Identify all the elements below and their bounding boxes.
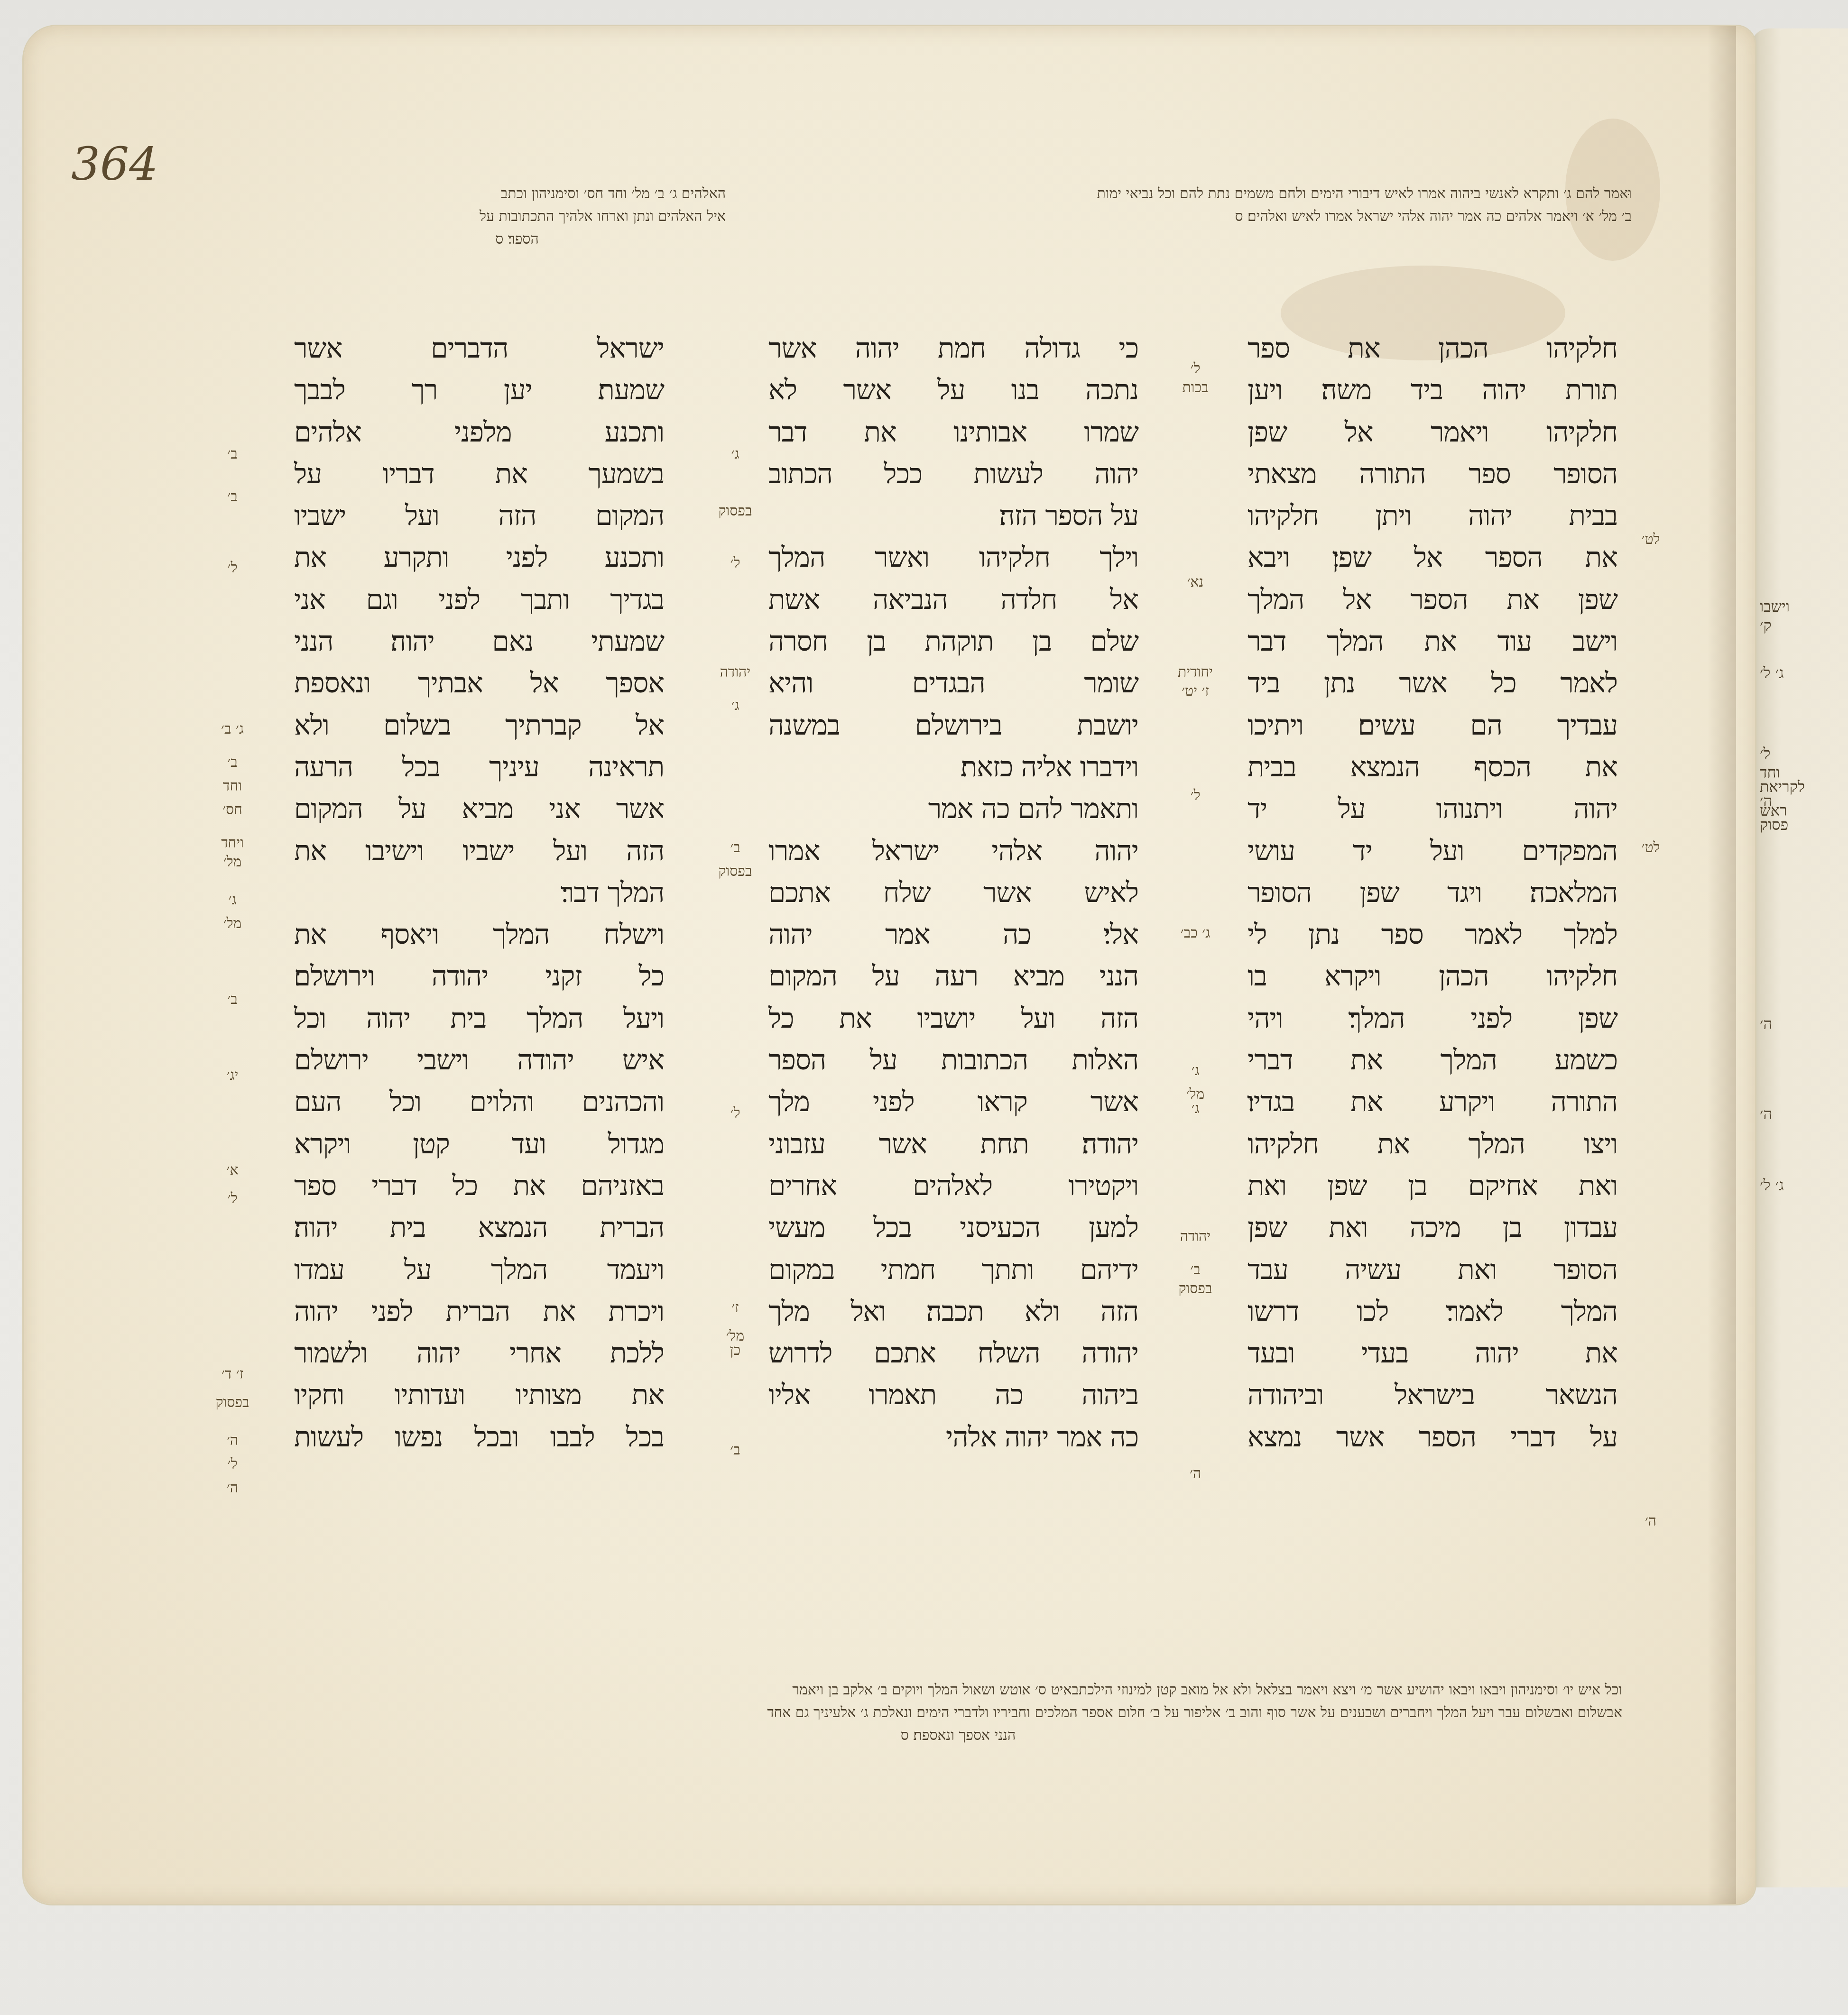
text-line: חלקיהו הכהן ויקרא בו [1247, 955, 1617, 997]
masorah-line: ב׳ מל׳ א׳ ויאמר אלהים כה אמר יהוה אלהי י… [783, 205, 1632, 228]
masorah-line: איל האלהים ונתן וארחו אלהיך התכתובות על [308, 205, 726, 228]
text-line: המקום הזה ועל ישביו [294, 495, 664, 536]
text-line: תראינה עיניך בכל הרעה [294, 746, 664, 788]
masorah-parva-note: בפסוק [204, 1394, 261, 1411]
masorah-parva-note: א׳ [204, 1162, 261, 1178]
masorah-parva-note: בפסוק [707, 863, 764, 880]
masorah-parva-note: בכות [1167, 379, 1224, 396]
text-line: הזה ועל ישביו וישיבו את [294, 830, 664, 872]
text-line: ותכנע מלפני אלהים [294, 411, 664, 453]
masorah-parva-note: ה׳ [1167, 1465, 1224, 1482]
facing-page-edge: וישבוק׳ג׳ ל׳ל׳וחדלקריאתה׳ראשפסוקה׳ה׳ג׳ ל… [1750, 28, 1848, 1887]
text-line: לאמר כל אשר נתן ביד [1247, 662, 1617, 704]
text-line: כה אמר יהוה אלהי [768, 1416, 1138, 1458]
text-line: שפן את הספר אל המלך [1247, 579, 1617, 620]
text-line: הנני מביא רעה על המקום [768, 955, 1138, 997]
masorah-parva-note: ג׳ [1167, 1100, 1224, 1117]
masorah-parva-note: ויחד [204, 835, 261, 851]
text-line: את מצותיו ועדותיו וחקיו [294, 1374, 664, 1416]
masorah-line: הנני אספך ונאספת׃ ס [294, 1724, 1622, 1747]
text-line: את הספר אל שפן׃ ויבא [1247, 536, 1617, 578]
text-line: שומר הבגדים והיא [768, 662, 1138, 704]
facing-page-note: ל׳ [1760, 745, 1770, 763]
masorah-parva-note: ל׳ [204, 1190, 261, 1207]
masorah-parva-note: לט׳ [1622, 531, 1679, 548]
masorah-parva-note: ג׳ ב׳ [204, 721, 261, 737]
masorah-parva-note: בפסוק [1167, 1280, 1224, 1297]
text-line: ותאמר להם כה אמר [768, 788, 1138, 829]
text-line: המלאכה׃ ויגד שפן הסופר [1247, 872, 1617, 913]
text-line: הברית הנמצא בית יהוה׃ [294, 1206, 664, 1248]
masorah-parva-note: ב׳ [707, 1442, 764, 1458]
masorah-parva-note: ג׳ כב׳ [1167, 925, 1224, 941]
text-line: איש יהודה וישבי ירושלם [294, 1039, 664, 1081]
text-line: על דברי הספר אשר נמצא [1247, 1416, 1617, 1458]
text-line: הנשאר בישראל וביהודה [1247, 1374, 1617, 1416]
facing-page-note: פסוק [1760, 816, 1788, 834]
text-line: ישראל הדברים אשר [294, 327, 664, 369]
text-line: ויקטירו לאלהים אחרים [768, 1165, 1138, 1206]
text-line: אשר קראו לפני מלך [768, 1081, 1138, 1123]
text-line: אספך אל אבתיך ונאספת [294, 662, 664, 704]
masorah-parva-note: ב׳ [204, 991, 261, 1008]
text-line: אל קברתיך בשלום ולא [294, 704, 664, 746]
masorah-magna-top-right: וּאמר להם ג׳ ותקרא לאנשי ביהוה אמרו לאיש… [783, 183, 1632, 228]
text-line: תורת יהוה ביד משה׃ ויען [1247, 369, 1617, 411]
masorah-line: האלהים ג׳ ב׳ מל׳ וחד חס׳ וסימניהון וכתב [308, 183, 726, 205]
text-line: ויכרת את הברית לפני יהוה [294, 1290, 664, 1332]
text-line: ויעמד המלך על עמדו [294, 1249, 664, 1290]
text-line: והכהנים והלוים וכל העם [294, 1081, 664, 1123]
masorah-parva-note: יג׳ [204, 1067, 261, 1084]
masorah-parva-note: יהודה [1167, 1228, 1224, 1245]
masorah-parva-note: יחודית [1167, 664, 1224, 681]
text-line: הסופר ספר התורה מצאתי [1247, 453, 1617, 495]
text-line: יהוה לעשות ככל הכתוב [768, 453, 1138, 495]
text-line: ביהוה כה תאמרו אליו [768, 1374, 1138, 1416]
text-line: בשמעך את דבריו על [294, 453, 664, 495]
text-line: וילך חלקיהו ואשר המלך [768, 536, 1138, 578]
text-line: אל חלדה הנביאה אשת [768, 579, 1138, 620]
text-line: יהודה׃ תחת אשר עזבוני [768, 1123, 1138, 1165]
masorah-parva-note: ל׳ [1167, 360, 1224, 377]
text-line: ותכנע לפני ותקרע את [294, 536, 664, 578]
masorah-parva-note: לט׳ [1622, 839, 1679, 856]
masorah-line: אבשלום ואבשלום עבר ויעל המלך ויחברים ושב… [294, 1702, 1622, 1724]
text-line: שלם בן תוקהת בן חסרה [768, 620, 1138, 662]
text-column-left: ישראל הדברים אשרשמעת׃ יען רך לבבךותכנע מ… [294, 327, 664, 1458]
masorah-line: וּאמר להם ג׳ ותקרא לאנשי ביהוה אמרו לאיש… [783, 183, 1632, 205]
masorah-parva-note: ג׳ [707, 697, 764, 714]
text-line: ללכת אחרי יהוה ולשמור [294, 1332, 664, 1374]
masorah-parva-note: ב׳ [204, 446, 261, 462]
masorah-parva-note: ה׳ [1622, 1513, 1679, 1529]
text-line: כי גדולה חמת יהוה אשר [768, 327, 1138, 369]
masorah-parva-note: ז׳ [707, 1299, 764, 1316]
masorah-parva-note: ג׳ [707, 446, 764, 462]
masorah-parva-note: כן [707, 1342, 764, 1359]
text-line: מגדול ועד קטן ויקרא [294, 1123, 664, 1165]
text-line: יהודה השלח אתכם לדרוש [768, 1332, 1138, 1374]
masorah-parva-note: ב׳ [707, 839, 764, 856]
masorah-parva-note: ג׳ [204, 892, 261, 908]
text-line: את הכסף הנמצא בבית [1247, 746, 1617, 788]
masorah-parva-note: יהודה [707, 664, 764, 681]
text-line: וישלח המלך ויאסף את [294, 913, 664, 955]
masorah-parva-note: מל׳ [204, 854, 261, 870]
masorah-line: וכל איש יו׳ וסימניהון ויבאו ויבאו יהושיע… [294, 1679, 1622, 1702]
masorah-parva-note: נא׳ [1167, 574, 1224, 590]
text-line: אשר אני מביא על המקום [294, 788, 664, 829]
masorah-parva-note: ה׳ [204, 1480, 261, 1496]
masorah-parva-note: ל׳ [204, 560, 261, 576]
text-line: הזה ועל יושביו את כל [768, 997, 1138, 1039]
text-line: למלך לאמר ספר נתן לי [1247, 913, 1617, 955]
masorah-parva-note: ג׳ [1167, 1062, 1224, 1079]
facing-page-note: ג׳ ל׳ [1760, 1176, 1783, 1194]
facing-page-note: ק׳ [1760, 616, 1772, 635]
text-column-middle: כי גדולה חמת יהוה אשרנתכה בנו על אשר לאש… [768, 327, 1138, 1458]
text-line: בגדיך ותבך לפני וגם אני [294, 579, 664, 620]
masorah-magna-top-left: האלהים ג׳ ב׳ מל׳ וחד חס׳ וסימניהון וכתב … [308, 183, 726, 251]
text-line: המפקדים ועל יד עושי [1247, 830, 1617, 872]
text-line: נתכה בנו על אשר לא [768, 369, 1138, 411]
text-line: חלקיהו הכהן את ספר [1247, 327, 1617, 369]
masorah-parva-note: ב׳ [1167, 1261, 1224, 1278]
text-line: בכל לבבו ובכל נפשו לעשות [294, 1416, 664, 1458]
text-line: עבדון בן מיכה ואת שפן [1247, 1206, 1617, 1248]
masorah-parva-note: ל׳ [204, 1456, 261, 1472]
text-line: האלות הכתובות על הספר [768, 1039, 1138, 1081]
text-line: אלי׃ כה אמר יהוה [768, 913, 1138, 955]
masorah-parva-note: ל׳ [1167, 787, 1224, 804]
text-line: כשמע המלך את דברי [1247, 1039, 1617, 1081]
text-line: שפן לפני המלך׃ ויהי [1247, 997, 1617, 1039]
text-line: כל זקני יהודה וירושלם׃ [294, 955, 664, 997]
text-line: ויצו המלך את חלקיהו [1247, 1123, 1617, 1165]
text-line: ויעל המלך בית יהוה וכל [294, 997, 664, 1039]
text-line: שמעתי נאם יהוה׃ הנני [294, 620, 664, 662]
masorah-parva-note: ל׳ [707, 555, 764, 571]
text-line: בבית יהוה ויתן חלקיהו [1247, 495, 1617, 536]
text-line: ואת אחיקם בן שפן ואת [1247, 1165, 1617, 1206]
text-line: למען הכעיסני בכל מעשי [768, 1206, 1138, 1248]
masorah-parva-note: ל׳ [707, 1105, 764, 1122]
masorah-parva-note: ז׳ ד׳ [204, 1366, 261, 1382]
masorah-parva-note: בפסוק [707, 503, 764, 519]
text-line: לאיש אשר שלח אתכם [768, 872, 1138, 913]
facing-page-note: ה׳ [1760, 1015, 1772, 1033]
text-line: שמרו אבותינו את דבר [768, 411, 1138, 453]
text-line: חלקיהו ויאמר אל שפן [1247, 411, 1617, 453]
facing-page-note: ג׳ ל׳ [1760, 664, 1783, 682]
text-column-right: חלקיהו הכהן את ספרתורת יהוה ביד משה׃ ויע… [1247, 327, 1617, 1458]
masorah-parva-note: ב׳ [204, 488, 261, 505]
text-line: יהוה אלהי ישראל אמרו [768, 830, 1138, 872]
text-line: עבדיך הם עשים׃ ויתיכו [1247, 704, 1617, 746]
facing-page-note: וישבו [1760, 598, 1790, 616]
text-line: ידיהם ותתך חמתי במקום [768, 1249, 1138, 1290]
text-line: וישב עוד את המלך דבר [1247, 620, 1617, 662]
masorah-line: הספר׃ ס [308, 228, 726, 251]
text-line: התורה ויקרע את בגדיו׃ [1247, 1081, 1617, 1123]
folio-number: 364 [71, 138, 158, 191]
masorah-parva-note: מל׳ [204, 915, 261, 932]
masorah-magna-bottom: וכל איש יו׳ וסימניהון ויבאו ויבאו יהושיע… [294, 1679, 1622, 1747]
text-line: הזה ולא תכבה׃ ואל מלך [768, 1290, 1138, 1332]
text-line: הסופר ואת עשיה עבד [1247, 1249, 1617, 1290]
masorah-parva-note: ז׳ יט׳ [1167, 683, 1224, 699]
masorah-parva-note: חס׳ [204, 801, 261, 818]
masorah-parva-note: ה׳ [204, 1432, 261, 1449]
text-line: וידברו אליה כזאת׃ [768, 746, 1138, 788]
text-line: שמעת׃ יען רך לבבך [294, 369, 664, 411]
text-line: את יהוה בעדי ובעד [1247, 1332, 1617, 1374]
gutter-shadow [1708, 26, 1736, 1904]
text-line: המלך לאמר׃ לכו דרשו [1247, 1290, 1617, 1332]
masorah-parva-note: ב׳ [204, 754, 261, 771]
masorah-parva-note: וחד [204, 778, 261, 794]
text-line: יושבת בירושלם במשנה [768, 704, 1138, 746]
text-line: המלך דבר׃ [294, 872, 664, 913]
text-line: באזניהם את כל דברי ספר [294, 1165, 664, 1206]
text-line: יהוה ויתנוהו על יד [1247, 788, 1617, 829]
facing-page-note: ה׳ [1760, 1105, 1772, 1123]
text-line: על הספר הזה׃ [768, 495, 1138, 536]
